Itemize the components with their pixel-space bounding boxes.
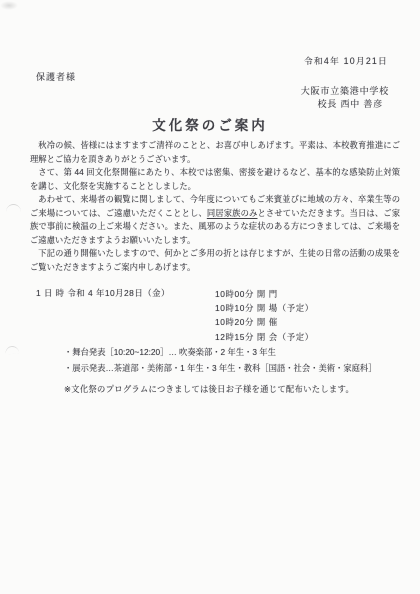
stage-presentation-item: ・舞台発表［10:20~12:20］… 吹奏楽部・2 年生・3 年生 [64, 344, 394, 360]
scan-artifact [0, 1, 18, 10]
letter-body: 秋冷の候、皆様にはますますご清祥のことと、お喜び申しあげます。平素は、本校教育推… [30, 139, 400, 274]
scanned-letter-page: 令和4年 10月21日 保護者様 大阪市立築港中学校 校長 西中 善彦 文化祭の… [0, 0, 420, 594]
letter-date: 令和4年 10月21日 [304, 54, 388, 67]
exhibition-presentation-item: ・展示発表…茶道部・美術部・1 年生・3 年生・教科［国語・社会・美術・家庭科］ [64, 360, 394, 376]
restriction-text-underlined: 同居家族のみ [207, 208, 258, 218]
document-title: 文化祭のご案内 [0, 114, 420, 134]
invitation-paragraph: 下記の通り開催いたしますので、何かとご多用の折とは存じますが、生徒の日常の活動の… [30, 247, 400, 274]
greeting-paragraph: 秋冷の候、皆様にはますますご清祥のことと、お喜び申しあげます。平素は、本校教育推… [30, 139, 400, 166]
school-name: 大阪市立築港中学校 [301, 84, 389, 97]
schedule-datetime-label: 1 日 時 令和 4 年10月28日（金） [36, 287, 170, 299]
schedule-time-doors-open: 10時10分 開 場（予定） [215, 301, 314, 315]
principal-name: 校長 西中 善彦 [318, 97, 383, 110]
schedule-times: 10時00分 開 門 10時10分 開 場（予定） 10時20分 開 催 12時… [215, 287, 314, 344]
presentation-list: ・舞台発表［10:20~12:20］… 吹奏楽部・2 年生・3 年生 ・展示発表… [64, 344, 394, 376]
recipient-name: 保護者様 [36, 70, 76, 83]
festival-announcement-paragraph: さて、第 44 回文化祭開催にあたり、本校では密集、密接を避けるなど、基本的な感… [30, 166, 400, 193]
scan-artifact [6, 204, 21, 212]
schedule-time-gate-open: 10時00分 開 門 [215, 287, 314, 301]
scan-artifact [5, 345, 20, 354]
schedule-time-start: 10時20分 開 催 [215, 315, 314, 329]
visitor-restriction-paragraph: あわせて、来場者の観覧に関しまして、今年度についてもご来賓並びに地域の方々、卒業… [30, 193, 400, 247]
program-distribution-note: ※文化祭のプログラムにつきましては後日お子様を通じて配布いたします。 [64, 383, 394, 395]
schedule-time-close: 12時15分 閉 会（予定） [215, 330, 314, 344]
